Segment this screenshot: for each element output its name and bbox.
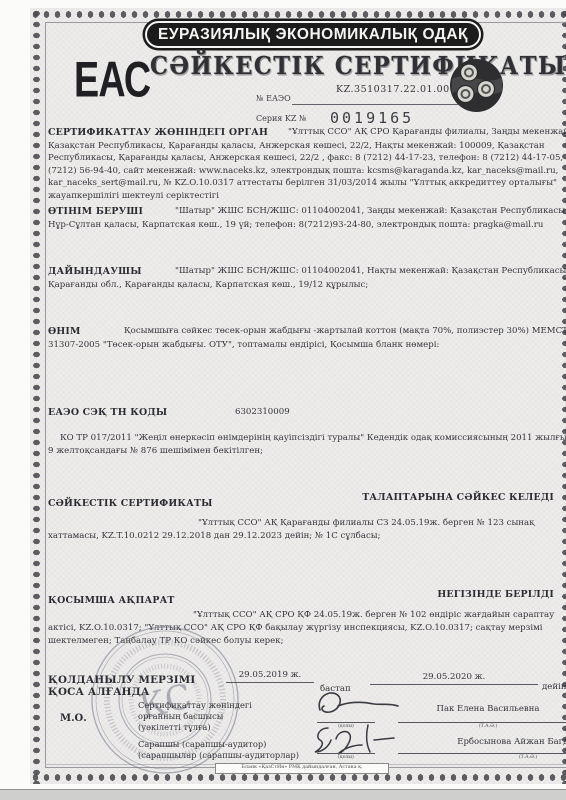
scanned-certificate: ЕАС ЕУРАЗИЯЛЫҚ ЭКОНОМИКАЛЫҚ ОДАҚ СӘЙКЕСТ…: [0, 0, 566, 800]
scan-edge-strip: [0, 789, 566, 800]
blank-maker-note: Бланк «ҚазСтИн» РМК дайындалған, Астана …: [215, 763, 389, 774]
expert-name-caption: (Т.А.Ә.): [398, 755, 566, 760]
decorative-border-top: [30, 8, 566, 21]
eac-logo: ЕАС: [74, 50, 150, 108]
validity-to-word: дейін: [542, 682, 566, 692]
expert-signature-caption: (қолы): [317, 755, 375, 760]
certificate-number-label: № ЕАЭО: [256, 94, 291, 103]
certification-body-section: СЕРТИФИКАТТАУ ЖӨНІНДЕГІ ОРГАН"Ұлттық ССО…: [48, 126, 566, 202]
certificate-paper: ЕАС ЕУРАЗИЯЛЫҚ ЭКОНОМИКАЛЫҚ ОДАҚ СӘЙКЕСТ…: [30, 8, 566, 784]
head-role-text: Сертификаттау жөніндегі органның басшысы…: [138, 700, 266, 733]
product-label: ӨНІМ: [48, 325, 124, 339]
issued-basis-heading: НЕГІЗІНДЕ БЕРІЛДІ: [437, 589, 554, 600]
union-banner: ЕУРАЗИЯЛЫҚ ЭКОНОМИКАЛЫҚ ОДАҚ: [145, 21, 481, 48]
expert-name-line: [398, 753, 566, 754]
applicant-section: ӨТІНІМ БЕРУШІ"Шатыр" ЖШС БСН/ЖШС: 011040…: [48, 205, 566, 231]
product-text: Қосымшыға сәйкес төсек-орын жабдығы -жар…: [48, 326, 566, 350]
conformity-text: "Ұлттық ССО" АҚ Қарағанды филиалы СЗ 24.…: [48, 517, 566, 543]
validity-from-date: 29.05.2019 ж.: [226, 670, 314, 683]
manufacturer-section: ДАЙЫНДАУШЫ"Шатыр" ЖШС БСН/ЖШС: 011040020…: [48, 265, 566, 291]
decorative-border-left: [30, 8, 43, 784]
head-name-line: [398, 722, 566, 723]
series-value: 0019165: [330, 109, 414, 127]
number-underline: [292, 104, 458, 105]
decorative-border-right: [559, 8, 566, 784]
certification-body-label: СЕРТИФИКАТТАУ ЖӨНІНДЕГІ ОРГАН: [48, 126, 288, 140]
certificate-title: СӘЙКЕСТІК СЕРТИФИКАТЫ: [150, 53, 462, 81]
additional-info-heading: ҚОСЫМША АҚПАРАТ: [48, 595, 175, 606]
tn-code-label: ЕАЭО СЭҚ ТН КОДЫ: [48, 406, 235, 420]
applicant-label: ӨТІНІМ БЕРУШІ: [48, 205, 175, 219]
tn-code-value: 6302310009: [235, 407, 290, 417]
validity-period-label: ҚОЛДАНЫЛУ МЕРЗІМІ ҚОСА АЛҒАНДА: [48, 674, 198, 699]
manufacturer-label: ДАЙЫНДАУШЫ: [48, 265, 175, 279]
tn-code-section: ЕАЭО СЭҚ ТН КОДЫ6302310009: [48, 406, 566, 420]
product-section: ӨНІМҚосымшыға сәйкес төсек-орын жабдығы …: [48, 325, 566, 351]
expert-signature-line: [317, 753, 375, 754]
tn-code-regulation-text: КО ТР 017/2011 "Жеңіл өнеркәсіп өнімдері…: [48, 432, 566, 458]
conformity-right-heading: ТАЛАПТАРЫНА СӘЙКЕС КЕЛЕДІ: [362, 492, 554, 503]
series-label: Серия KZ №: [256, 114, 307, 123]
head-name-caption: (Т.А.Ә.): [398, 724, 566, 729]
head-signature-image: [306, 684, 401, 724]
seal-place-label: М.О.: [60, 713, 87, 724]
expert-role-text: Сарапшы (сарапшы-аудитор) (сарапшылар (с…: [138, 739, 300, 761]
expert-name-text: Ербосынова Айжан Багдатовна: [398, 737, 566, 747]
hologram-seal-icon: [448, 57, 505, 114]
conformity-left-heading: СӘЙКЕСТІК СЕРТИФИКАТЫ: [48, 498, 213, 509]
head-name-text: Пак Елена Васильевна: [398, 704, 566, 714]
